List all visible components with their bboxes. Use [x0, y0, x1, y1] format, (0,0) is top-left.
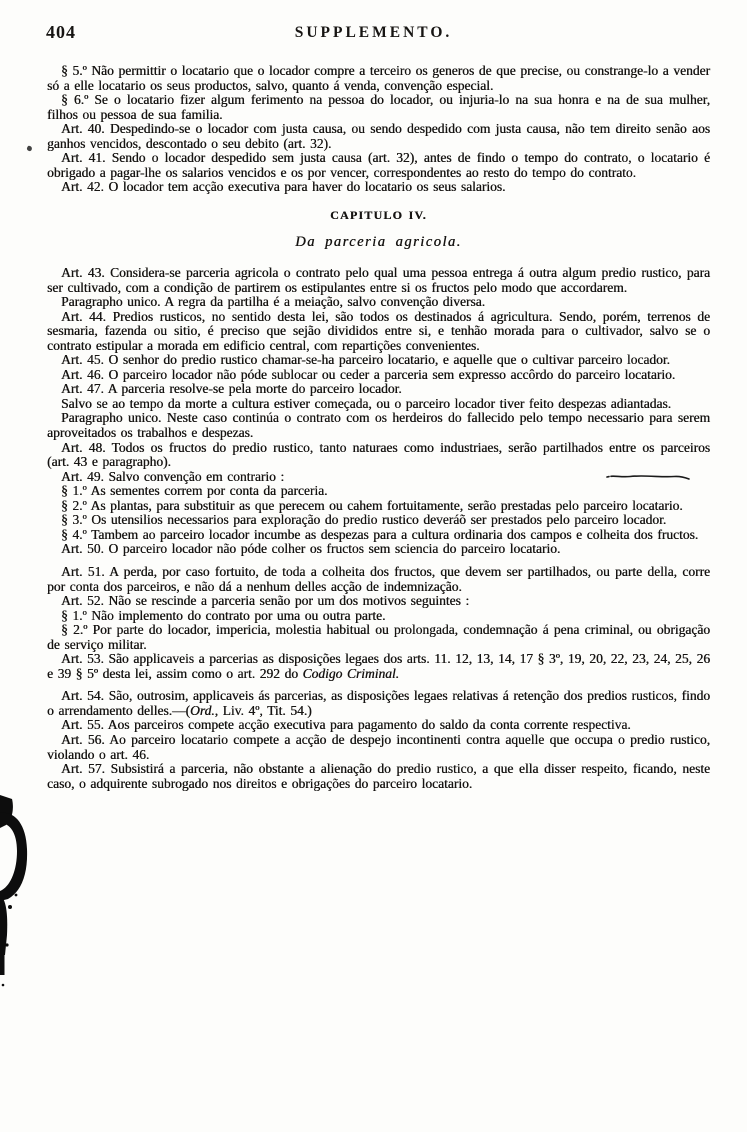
text-run: § 5.º Não permittir o locatario que o lo… [47, 63, 710, 93]
text-run: Art. 51. A perda, por caso fortuito, de … [47, 564, 710, 594]
paragraphs-section-1: § 5.º Não permittir o locatario que o lo… [47, 64, 710, 195]
paragraphs-section-2: Art. 43. Considera-se parceria agricola … [47, 266, 710, 791]
paragraph: Paragrapho unico. Neste caso continúa o … [47, 411, 710, 440]
italic-text-run: Ord. [190, 703, 215, 718]
text-run: Art. 45. O senhor do predio rustico cham… [61, 352, 670, 367]
italic-text-run: Codigo Criminal. [303, 666, 399, 681]
paragraph: Art. 52. Não se rescinde a parceria senã… [47, 594, 710, 609]
text-run: § 1.º Não implemento do contrato por uma… [61, 608, 385, 623]
text-run: Art. 48. Todos os fructos do predio rust… [47, 440, 710, 470]
paragraph: § 5.º Não permittir o locatario que o lo… [47, 64, 710, 93]
paragraph: Art. 46. O parceiro locador não póde sub… [47, 368, 710, 383]
paragraph: Art. 48. Todos os fructos do predio rust… [47, 441, 710, 470]
paragraph: Art. 55. Aos parceiros compete acção exe… [47, 718, 710, 733]
text-run: Art. 50. O parceiro locador não póde col… [61, 541, 560, 556]
text-run: § 4.º Tambem ao parceiro locador incumbe… [61, 527, 698, 542]
paragraph: § 2.º As plantas, para substituir as que… [47, 499, 710, 514]
text-run: Art. 56. Ao parceiro locatario compete a… [47, 732, 710, 762]
text-run: Art. 47. A parceria resolve-se pela mort… [61, 381, 402, 396]
page-header: 404 SUPPLEMENTO. [0, 0, 747, 54]
text-run: Art. 49. Salvo convenção em contrario : [61, 469, 284, 484]
paragraph: Art. 42. O locador tem acção executiva p… [47, 180, 710, 195]
page-body: § 5.º Não permittir o locatario que o lo… [0, 54, 747, 791]
text-run: Art. 44. Predios rusticos, no sentido de… [47, 309, 710, 353]
text-run: Art. 57. Subsistirá a parceria, não obst… [47, 761, 710, 791]
paragraph: § 1.º Não implemento do contrato por uma… [47, 609, 710, 624]
page-header-title: SUPPLEMENTO. [0, 24, 747, 42]
text-run: § 1.º As sementes correm por conta da pa… [61, 483, 327, 498]
paragraph: Art. 49. Salvo convenção em contrario : [47, 470, 710, 485]
text-run: Art. 52. Não se rescinde a parceria senã… [61, 593, 469, 608]
text-run: Salvo se ao tempo da morte a cultura est… [61, 396, 671, 411]
text-run: § 6.º Se o locatario fizer algum ferimen… [47, 92, 710, 122]
paragraph: Salvo se ao tempo da morte a cultura est… [47, 397, 710, 412]
paragraph: § 4.º Tambem ao parceiro locador incumbe… [47, 528, 710, 543]
text-run: § 2.º Por parte do locador, impericia, m… [47, 622, 710, 652]
paragraph: § 2.º Por parte do locador, impericia, m… [47, 623, 710, 652]
paragraph: Art. 45. O senhor do predio rustico cham… [47, 353, 710, 368]
text-run: , Liv. 4º, Tit. 54.) [215, 703, 312, 718]
paragraph: Art. 47. A parceria resolve-se pela mort… [47, 382, 710, 397]
text-run: Art. 46. O parceiro locador não póde sub… [61, 367, 675, 382]
paragraph: § 6.º Se o locatario fizer algum ferimen… [47, 93, 710, 122]
paragraph: Art. 40. Despedindo-se o locador com jus… [47, 122, 710, 151]
text-run: Paragrapho unico. A regra da partilha é … [61, 294, 485, 309]
paragraph: Art. 57. Subsistirá a parceria, não obst… [47, 762, 710, 791]
text-run: Art. 54. São, outrosim, applicaveis ás p… [47, 688, 710, 718]
text-run: Art. 55. Aos parceiros compete acção exe… [61, 717, 631, 732]
paragraph: Art. 54. São, outrosim, applicaveis ás p… [47, 689, 710, 718]
text-run: Art. 40. Despedindo-se o locador com jus… [47, 121, 710, 151]
chapter-heading: CAPITULO IV. [47, 208, 710, 223]
paragraph: Art. 53. São applicaveis a parcerias as … [47, 652, 710, 681]
text-run: Art. 43. Considera-se parceria agricola … [47, 265, 710, 295]
paragraph: Art. 43. Considera-se parceria agricola … [47, 266, 710, 295]
paragraph: Art. 41. Sendo o locador despedido sem j… [47, 151, 710, 180]
paragraph: Art. 50. O parceiro locador não póde col… [47, 542, 710, 557]
text-run: Art. 42. O locador tem acção executiva p… [61, 179, 505, 194]
text-run: § 3.º Os utensilios necessarios para exp… [61, 512, 666, 527]
document-page: 404 SUPPLEMENTO. § 5.º Não permittir o l… [0, 0, 747, 1132]
text-run: Art. 41. Sendo o locador despedido sem j… [47, 150, 710, 180]
paragraph: Art. 44. Predios rusticos, no sentido de… [47, 310, 710, 354]
chapter-subheading: Da parceria agricola. [47, 235, 710, 250]
paragraph: § 1.º As sementes correm por conta da pa… [47, 484, 710, 499]
text-run: § 2.º As plantas, para substituir as que… [61, 498, 683, 513]
paragraph: § 3.º Os utensilios necessarios para exp… [47, 513, 710, 528]
paragraph: Art. 51. A perda, por caso fortuito, de … [47, 565, 710, 594]
page-number: 404 [46, 22, 76, 43]
paragraph: Paragrapho unico. A regra da partilha é … [47, 295, 710, 310]
ink-blot-artifact [0, 795, 40, 1035]
text-run: Paragrapho unico. Neste caso continúa o … [47, 410, 710, 440]
paragraph: Art. 56. Ao parceiro locatario compete a… [47, 733, 710, 762]
